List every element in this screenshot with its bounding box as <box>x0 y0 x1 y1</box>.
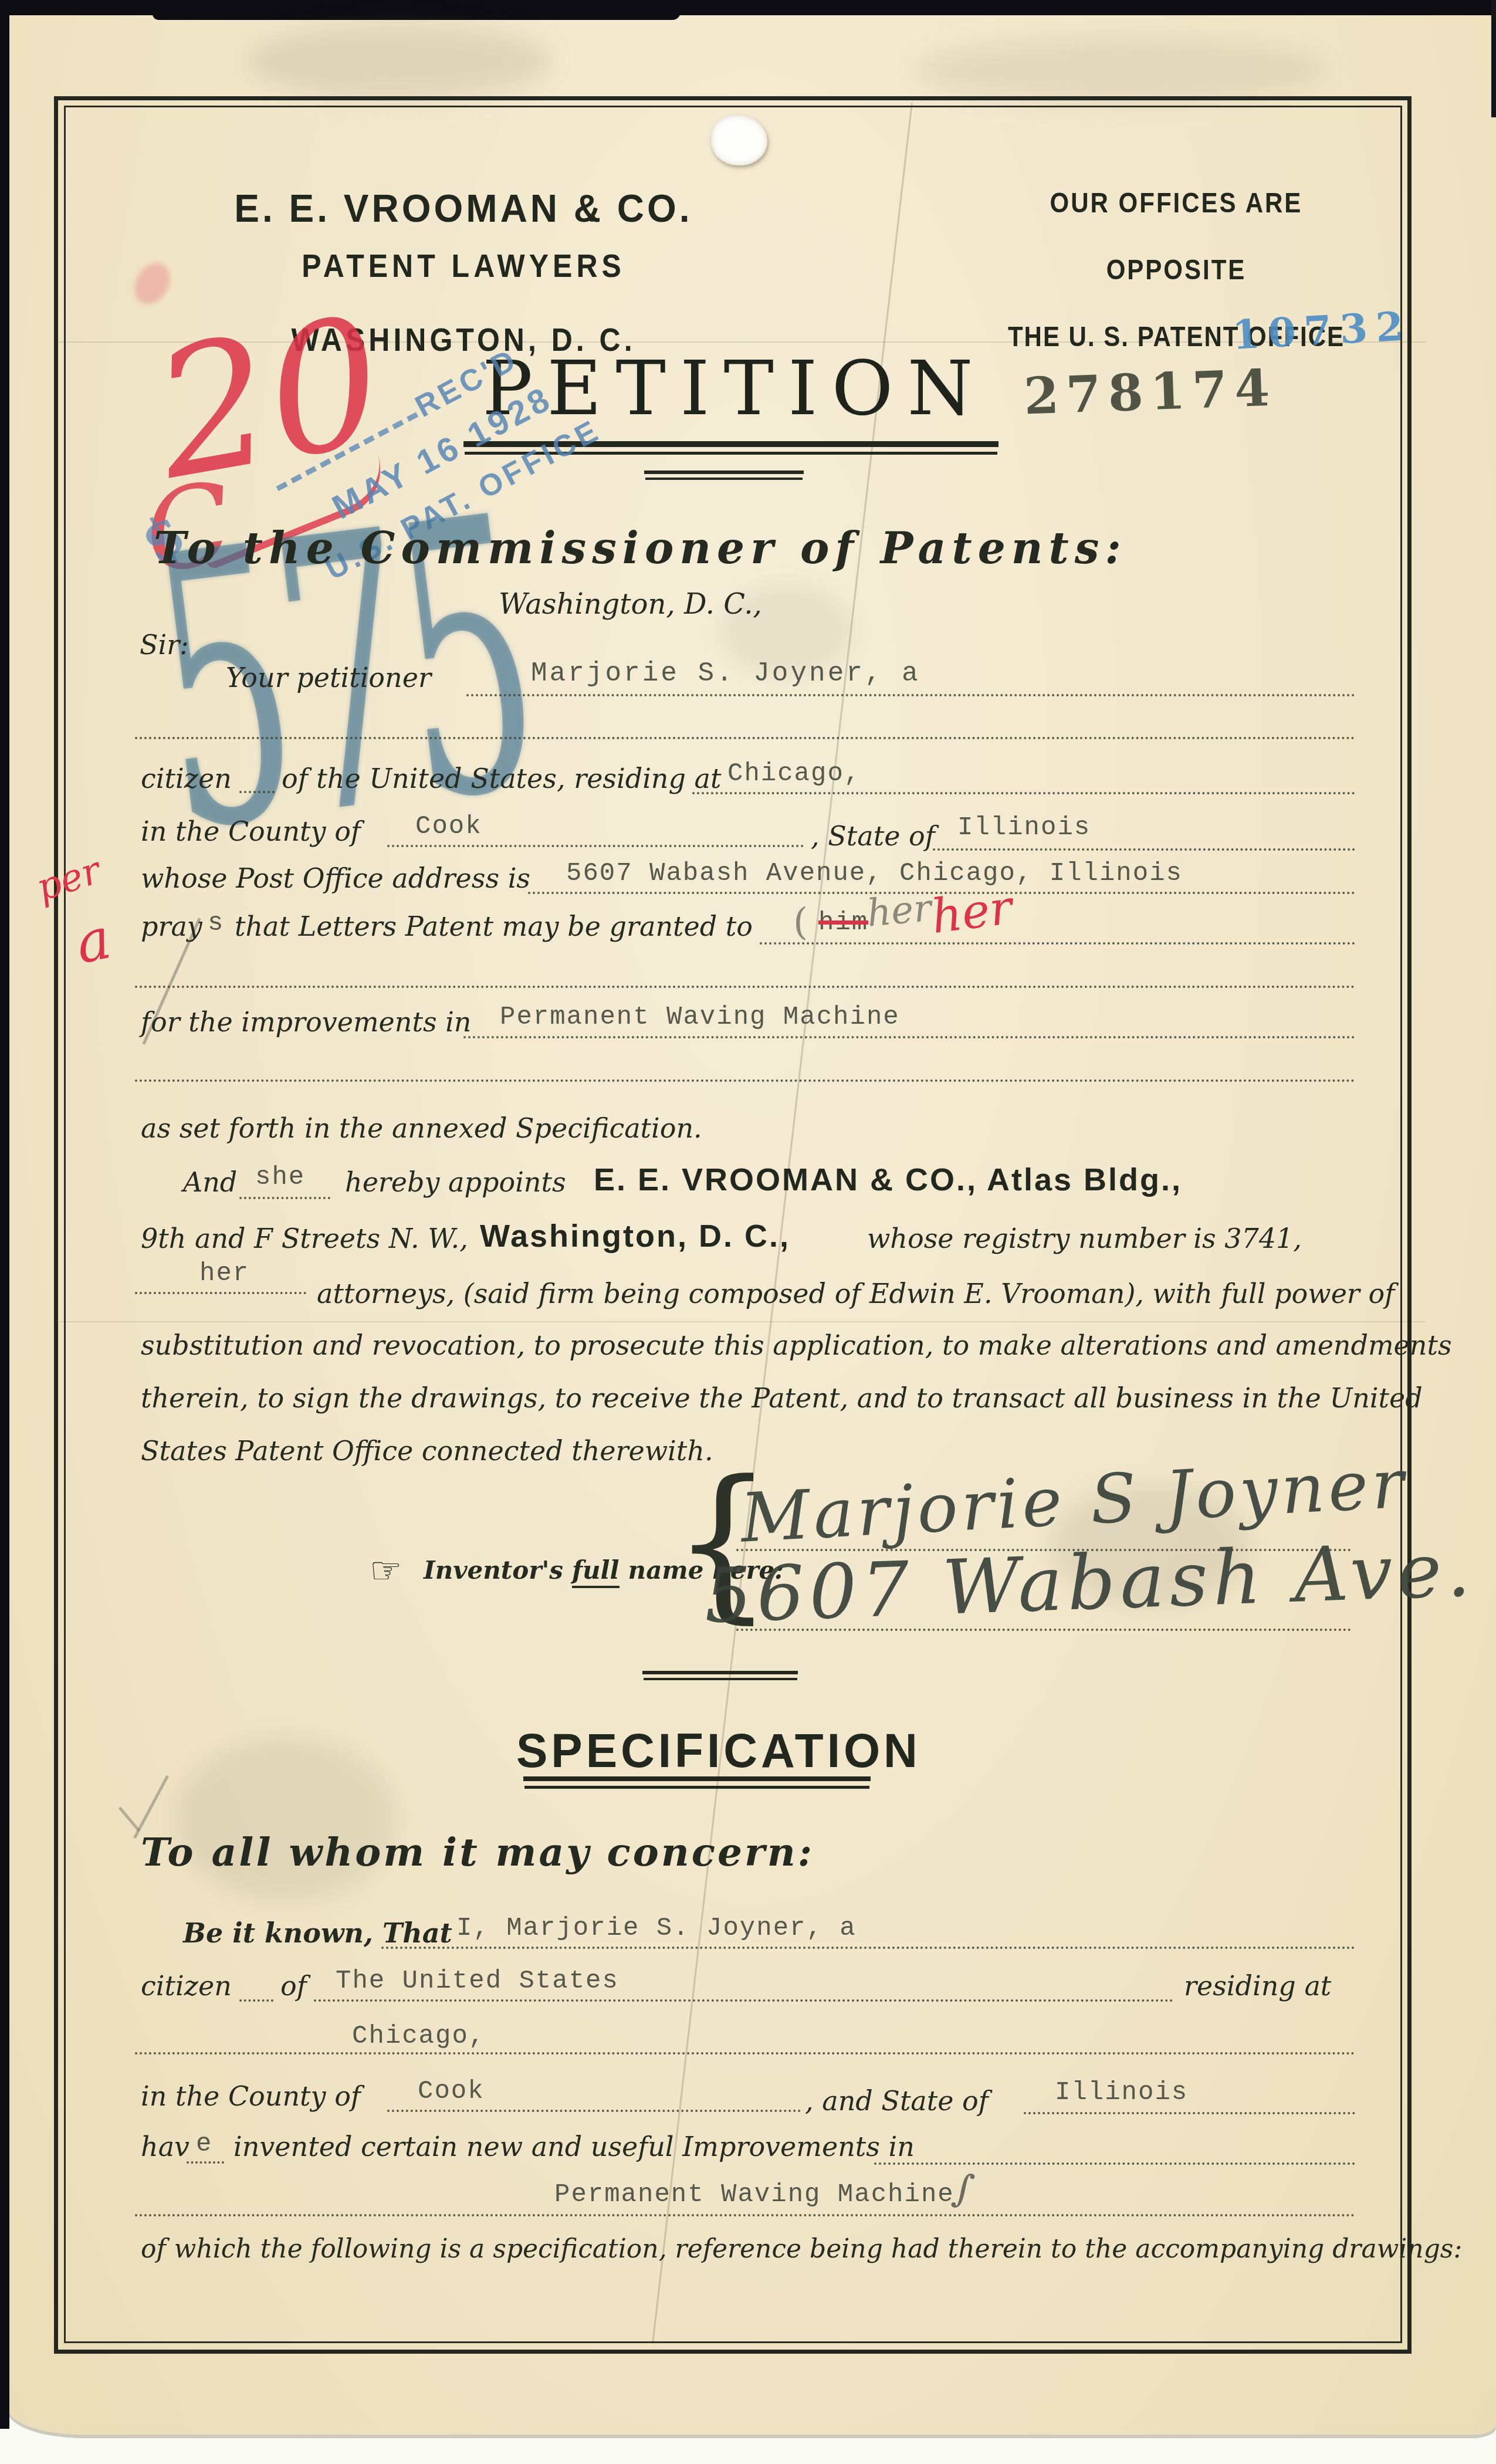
known-value-typed: I, Marjorie S. Joyner, a <box>456 1914 857 1943</box>
pray-insert-typed: s <box>208 909 224 938</box>
docket-number-stamp: 10732 <box>1231 303 1413 359</box>
small-divider-c <box>642 1671 798 1674</box>
spec-state-label: , and State of <box>805 2085 989 2117</box>
spec-state-value-typed: Illinois <box>1055 2078 1188 2107</box>
granted-red-her: her <box>929 880 1015 944</box>
dotted-line <box>135 737 1355 739</box>
dotted-line <box>933 848 1355 851</box>
appoints-she-typed: she <box>255 1163 305 1192</box>
county-label: in the County of <box>141 815 361 847</box>
invented-insert-typed: e <box>196 2130 212 2159</box>
dotted-line <box>135 2214 1355 2216</box>
citizen-value-typed: Chicago, <box>727 759 861 788</box>
dotted-line <box>874 2162 1355 2165</box>
invented-pre: hav <box>141 2131 189 2162</box>
small-divider-b <box>645 478 803 480</box>
dotted-line <box>135 1079 1355 1082</box>
dotted-line <box>387 845 804 847</box>
citizen-label-pre: citizen <box>141 763 232 794</box>
specification-title: SPECIFICATION <box>516 1723 880 1778</box>
appoints-street: 9th and F Streets N. W., <box>141 1223 468 1254</box>
dotted-line <box>1024 2112 1355 2114</box>
serial-number-stamp: 278174 <box>1023 358 1277 427</box>
stain <box>915 35 1326 106</box>
pray-label-pre: pray <box>141 911 202 942</box>
manicule-icon: ☞ <box>370 1549 402 1592</box>
scan-edge-top-notch <box>153 0 681 20</box>
improvements-label: for the improvements in <box>141 1006 471 1038</box>
sir-line: Sir: <box>140 629 189 661</box>
scan-edge-right-corner <box>1491 0 1496 117</box>
appoints-her-typed: her <box>199 1259 249 1288</box>
appoints-firm: E. E. VROOMAN & CO., Atlas Bldg., <box>594 1162 1182 1198</box>
dotted-line <box>760 942 1355 945</box>
firm-name: E. E. VROOMAN & CO. <box>147 185 780 231</box>
dotted-line <box>135 986 1355 988</box>
appoints-line3: therein, to sign the drawings, to receiv… <box>141 1382 1423 1414</box>
inventor-label-part2: full <box>572 1556 620 1588</box>
closing-line: of which the following is a specificatio… <box>141 2234 1462 2264</box>
dotted-line <box>314 1999 1173 2002</box>
place-line: Washington, D. C., <box>499 588 762 621</box>
dotted-line <box>187 2161 224 2164</box>
inventor-label-part1: Inventor's <box>424 1556 563 1585</box>
petition-salutation: To the Commissioner of Patents: <box>154 523 1127 574</box>
granted-pencil-paren: ( <box>793 901 808 944</box>
appoints-and: And <box>183 1166 237 1198</box>
granted-value-struck: him <box>818 908 868 937</box>
specification-rule-a <box>523 1776 871 1781</box>
small-divider-d <box>644 1678 797 1680</box>
appoints-hereby: hereby appoints <box>345 1166 566 1198</box>
pray-label-post: that Letters Patent may be granted to <box>235 911 753 942</box>
appoints-registry: whose registry number is 3741, <box>867 1223 1302 1254</box>
dotted-line <box>381 1947 1355 1949</box>
spec-county-label: in the County of <box>141 2080 361 2112</box>
specification-rule-b <box>524 1786 869 1789</box>
dotted-line <box>463 1036 1355 1038</box>
spec-residing-label: residing at <box>1184 1970 1331 2002</box>
spec-residing-value-typed: Chicago, <box>352 2022 485 2051</box>
dotted-line <box>239 1999 273 2002</box>
specification-salutation: To all whom it may concern: <box>141 1829 814 1875</box>
address-label: whose Post Office address is <box>141 862 530 894</box>
county-value-typed: Cook <box>415 812 482 841</box>
offices-line2: OPPOSITE <box>997 253 1355 286</box>
appoints-city: Washington, D. C., <box>480 1218 790 1254</box>
spec-citizen-pre: citizen <box>141 1970 232 2002</box>
appoints-attorneys: attorneys, (said firm being composed of … <box>317 1278 1395 1309</box>
dotted-line <box>135 1292 306 1294</box>
invented-post: invented certain new and useful Improvem… <box>233 2131 915 2162</box>
spec-improvements-value-typed: Permanent Waving Machine <box>554 2180 955 2209</box>
firm-subtitle: PATENT LAWYERS <box>147 247 780 285</box>
state-label: , State of <box>811 820 935 852</box>
scan-edge-left <box>0 0 9 2429</box>
dotted-line <box>692 792 1355 794</box>
petitioner-label: Your petitioner <box>226 662 431 693</box>
spec-citizen-value-typed: The United States <box>336 1967 619 1996</box>
small-divider-a <box>644 471 804 474</box>
improvements-value-typed: Permanent Waving Machine <box>500 1003 900 1032</box>
dotted-line <box>239 1197 330 1199</box>
dotted-line <box>466 694 1355 696</box>
spec-citizen-of: of <box>280 1970 307 2002</box>
address-value-typed: 5607 Wabash Avenue, Chicago, Illinois <box>566 859 1183 888</box>
petitioner-value-typed: Marjorie S. Joyner, a <box>531 658 920 689</box>
citizen-label-post: of the United States, residing at <box>282 763 721 794</box>
dotted-line <box>239 791 275 793</box>
known-label: Be it known, That <box>183 1917 452 1949</box>
appoints-line2: substitution and revocation, to prosecut… <box>141 1329 1452 1361</box>
stain <box>246 23 551 100</box>
offices-line1: OUR OFFICES ARE <box>997 187 1355 219</box>
dotted-line <box>387 2110 801 2112</box>
annexed-line: as set forth in the annexed Specificatio… <box>141 1112 702 1144</box>
state-value-typed: Illinois <box>957 813 1091 842</box>
dotted-line <box>135 2052 1355 2055</box>
spec-county-value-typed: Cook <box>418 2077 485 2106</box>
scanned-document: E. E. VROOMAN & CO. PATENT LAWYERS WASHI… <box>0 0 1496 2464</box>
granted-pencil-her: her <box>865 886 933 935</box>
appoints-line4: States Patent Office connected therewith… <box>141 1435 713 1467</box>
